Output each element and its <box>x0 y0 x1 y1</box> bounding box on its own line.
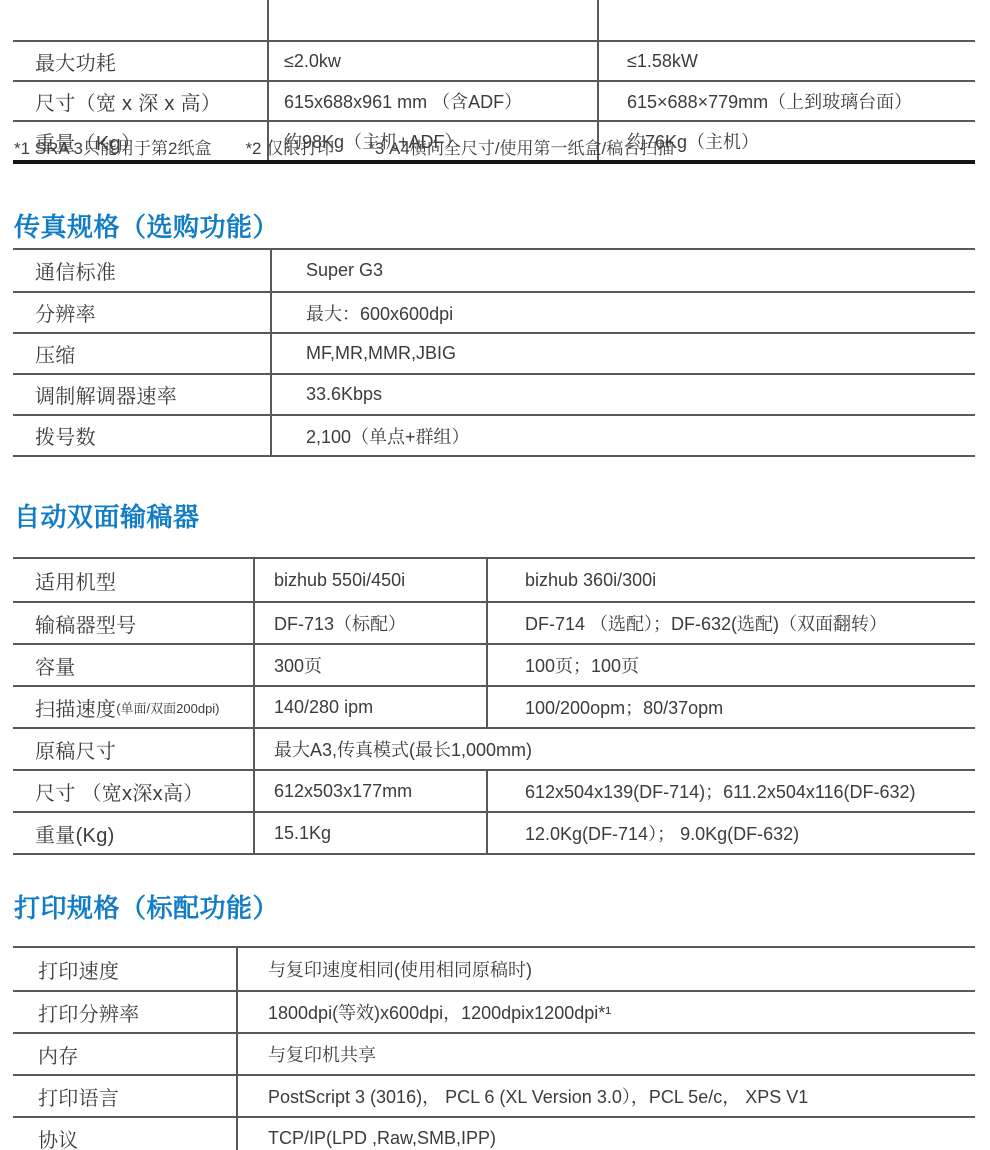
table-row-original-size: 原稿尺寸 最大A3,传真模式(最长1,000mm) <box>13 727 975 769</box>
table-row-print-language: 打印语言 PostScript 3 (3016)， PCL 6 (XL Vers… <box>13 1074 975 1116</box>
table-row-print-resolution: 打印分辨率 1800dpi(等效)x600dpi，1200dpix1200dpi… <box>13 990 975 1032</box>
spec-value: 最大：600x600dpi <box>272 293 975 332</box>
spec-value: 1800dpi(等效)x600dpi，1200dpix1200dpi*¹ <box>238 992 975 1032</box>
spec-value-model1: 615x688x961 mm （含ADF） <box>269 82 599 120</box>
spec-label: 最大功耗 <box>13 42 269 80</box>
spec-label: 打印分辨率 <box>13 992 238 1032</box>
spec-label: 扫描速度(单面/双面200dpi) <box>13 687 255 727</box>
spec-label: 打印速度 <box>13 948 238 990</box>
spec-label-note: (单面/双面200dpi) <box>116 698 219 717</box>
spec-value-cell <box>599 0 975 40</box>
table-row-scan-speed: 扫描速度(单面/双面200dpi) 140/280 ipm 100/200opm… <box>13 685 975 727</box>
spec-label: 拨号数 <box>13 416 272 455</box>
spec-value-model2: 100/200opm；80/37opm <box>488 687 975 727</box>
fax-spec-table: 通信标准 Super G3 分辨率 最大：600x600dpi 压缩 MF,MR… <box>13 248 975 457</box>
spec-label: 协议 <box>13 1118 238 1150</box>
spec-value: 与复印速度相同(使用相同原稿时) <box>238 948 975 990</box>
spec-value: PostScript 3 (3016)， PCL 6 (XL Version 3… <box>238 1076 975 1116</box>
spec-value: TCP/IP(LPD ,Raw,SMB,IPP) <box>238 1118 975 1150</box>
table-row-feeder-model: 输稿器型号 DF-713（标配） DF-714 （选配）；DF-632(选配)（… <box>13 601 975 643</box>
table-row-adf-weight: 重量(Kg) 15.1Kg 12.0Kg(DF-714）； 9.0Kg(DF-6… <box>13 811 975 853</box>
spec-label: 输稿器型号 <box>13 603 255 643</box>
spec-label: 打印语言 <box>13 1076 238 1116</box>
table-row-dimensions: 尺寸（宽 x 深 x 高） 615x688x961 mm （含ADF） 615×… <box>13 80 975 120</box>
spec-label: 调制解调器速率 <box>13 375 272 414</box>
spec-value: 2,100（单点+群组） <box>272 416 975 455</box>
footnotes: *1 SRA 3只能用于第2纸盒 *2 仅限打印 *3 A4横向全尺寸/使用第一… <box>14 134 674 159</box>
table-row-modem-speed: 调制解调器速率 33.6Kbps <box>13 373 975 414</box>
table-row-capacity: 容量 300页 100页；100页 <box>13 643 975 685</box>
spec-value-model2: ≤1.58kW <box>599 42 975 80</box>
spec-label: 尺寸 （宽x深x高） <box>13 771 255 811</box>
table-row-cutoff <box>13 0 975 40</box>
spec-value-spanning: 最大A3,传真模式(最长1,000mm) <box>255 729 975 769</box>
spec-value-model2: 612x504x139(DF-714)；611.2x504x116(DF-632… <box>488 771 975 811</box>
spec-label: 容量 <box>13 645 255 685</box>
table-row-max-power: 最大功耗 ≤2.0kw ≤1.58kW <box>13 40 975 80</box>
spec-value-model2: 615×688×779mm（上到玻璃台面） <box>599 82 975 120</box>
spec-value-model2: bizhub 360i/300i <box>488 559 975 601</box>
spec-value: Super G3 <box>272 250 975 291</box>
spec-value-model2: 100页；100页 <box>488 645 975 685</box>
spec-value-model1: ≤2.0kw <box>269 42 599 80</box>
table-row-protocol: 协议 TCP/IP(LPD ,Raw,SMB,IPP) <box>13 1116 975 1150</box>
spec-value-model1: 612x503x177mm <box>255 771 488 811</box>
spec-label: 通信标准 <box>13 250 272 291</box>
table-row-comm-standard: 通信标准 Super G3 <box>13 250 975 291</box>
table-row-adf-dimensions: 尺寸 （宽x深x高） 612x503x177mm 612x504x139(DF-… <box>13 769 975 811</box>
adf-spec-table: 适用机型 bizhub 550i/450i bizhub 360i/300i 输… <box>13 557 975 855</box>
spec-label: 重量(Kg) <box>13 813 255 853</box>
spec-value-cell <box>269 0 599 40</box>
spec-label: 压缩 <box>13 334 272 373</box>
adf-section-title: 自动双面输稿器 <box>14 497 200 534</box>
print-section-title: 打印规格（标配功能） <box>14 888 279 925</box>
spec-value-model1: DF-713（标配） <box>255 603 488 643</box>
spec-value: 与复印机共享 <box>238 1034 975 1074</box>
spec-value-model1: 140/280 ipm <box>255 687 488 727</box>
spec-value-model2: 12.0Kg(DF-714）； 9.0Kg(DF-632) <box>488 813 975 853</box>
table-row-memory: 内存 与复印机共享 <box>13 1032 975 1074</box>
spec-value-model1: 15.1Kg <box>255 813 488 853</box>
fax-section-title: 传真规格（选购功能） <box>14 207 279 244</box>
table-row-compression: 压缩 MF,MR,MMR,JBIG <box>13 332 975 373</box>
table-row-dial-numbers: 拨号数 2,100（单点+群组） <box>13 414 975 455</box>
spec-value: MF,MR,MMR,JBIG <box>272 334 975 373</box>
spec-label: 内存 <box>13 1034 238 1074</box>
table-row-resolution: 分辨率 最大：600x600dpi <box>13 291 975 332</box>
spec-value-model1: 300页 <box>255 645 488 685</box>
spec-label-main: 扫描速度 <box>35 693 116 722</box>
spec-label: 适用机型 <box>13 559 255 601</box>
table-row-compatible-models: 适用机型 bizhub 550i/450i bizhub 360i/300i <box>13 559 975 601</box>
spec-label: 尺寸（宽 x 深 x 高） <box>13 82 269 120</box>
spec-sheet-page: { "colors": { "accent": "#127dc7", "tabl… <box>0 0 990 1150</box>
print-spec-table: 打印速度 与复印速度相同(使用相同原稿时) 打印分辨率 1800dpi(等效)x… <box>13 946 975 1150</box>
spec-value-model1: bizhub 550i/450i <box>255 559 488 601</box>
spec-label: 原稿尺寸 <box>13 729 255 769</box>
spec-label: 分辨率 <box>13 293 272 332</box>
table-row-print-speed: 打印速度 与复印速度相同(使用相同原稿时) <box>13 948 975 990</box>
spec-value: 33.6Kbps <box>272 375 975 414</box>
spec-value-model2: DF-714 （选配）；DF-632(选配)（双面翻转） <box>488 603 975 643</box>
spec-label-cell <box>13 0 269 40</box>
